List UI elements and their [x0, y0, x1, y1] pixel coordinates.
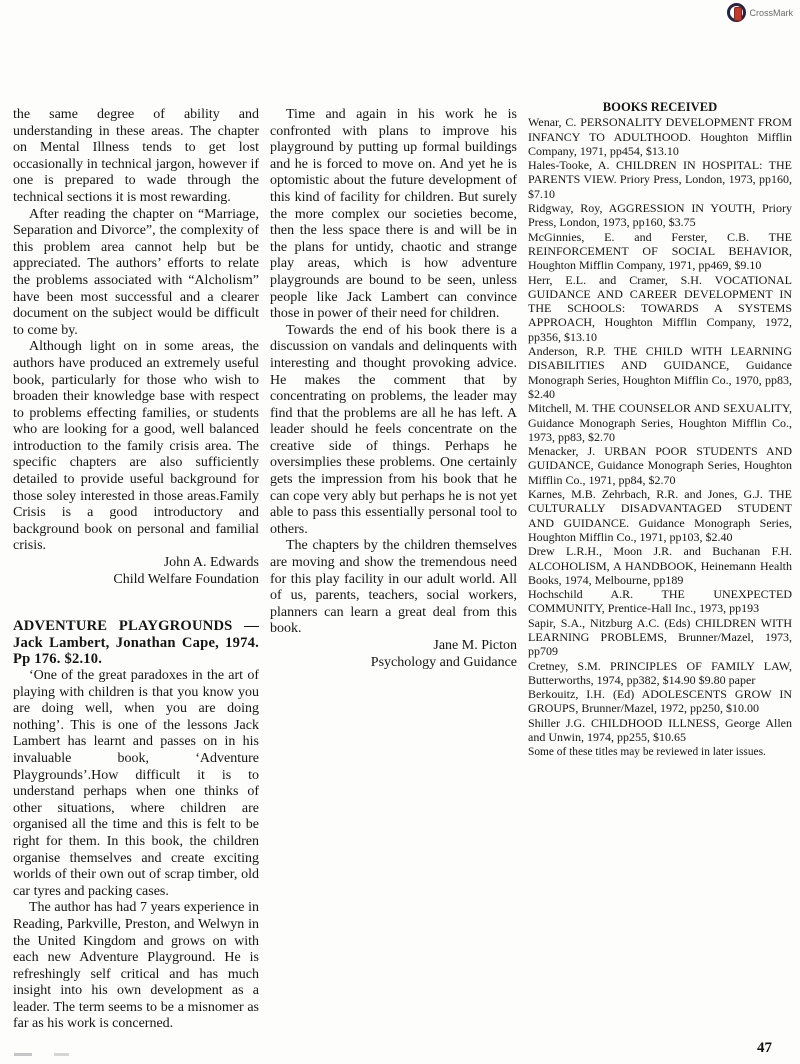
review-paragraph: The chapters by the children themselves …: [270, 538, 517, 638]
review-heading: ADVENTURE PLAYGROUNDS — Jack Lambert, Jo…: [13, 618, 259, 668]
journal-page: CrossMark the same degree of ability and…: [0, 0, 800, 1064]
review-paragraph: Although light on in some areas, the aut…: [13, 339, 259, 555]
books-received-title: BOOKS RECEIVED: [528, 100, 792, 114]
book-entry: Berkouitz, I.H. (Ed) ADOLESCENTS GROW IN…: [528, 687, 792, 716]
book-entry: Karnes, M.B. Zehrbach, R.R. and Jones, G…: [528, 487, 792, 544]
book-entry: Hales-Tooke, A. CHILDREN IN HOSPITAL: TH…: [528, 158, 792, 201]
review-paragraph: Towards the end of his book there is a d…: [270, 323, 517, 539]
book-entry: Hochschild A.R. THE UNEXPECTED COMMUNITY…: [528, 587, 792, 616]
crossmark-label: CrossMark: [749, 8, 793, 18]
scan-artifact: [14, 1053, 134, 1056]
books-received-note: Some of these titles may be reviewed in …: [528, 745, 792, 759]
book-entry: McGinnies, E. and Ferster, C.B. THE REIN…: [528, 230, 792, 273]
review-paragraph: Time and again in his work he is confron…: [270, 107, 517, 323]
column-middle-review-text: Time and again in his work he is confron…: [270, 107, 517, 671]
book-entry: Ridgway, Roy, AGGRESSION IN YOUTH, Prior…: [528, 201, 792, 230]
reviewer-name: John A. Edwards: [13, 555, 259, 572]
crossmark-flag-icon: [734, 7, 742, 21]
column-books-received: BOOKS RECEIVED Wenar, C. PERSONALITY DEV…: [528, 100, 792, 760]
column-left-review-text: the same degree of ability and understan…: [13, 107, 259, 1033]
book-entry: Cretney, S.M. PRINCIPLES OF FAMILY LAW, …: [528, 659, 792, 688]
reviewer-name: Jane M. Picton: [270, 638, 517, 655]
book-entry: Herr, E.L. and Cramer, S.H. VOCATIONAL G…: [528, 273, 792, 344]
book-entry: Drew L.R.H., Moon J.R. and Buchanan F.H.…: [528, 544, 792, 587]
review-paragraph: ‘One of the great paradoxes in the art o…: [13, 668, 259, 900]
book-entry: Shiller J.G. CHILDHOOD ILLNESS, George A…: [528, 716, 792, 745]
book-entry: Anderson, R.P. THE CHILD WITH LEARNING D…: [528, 344, 792, 401]
reviewer-affiliation: Psychology and Guidance: [270, 655, 517, 672]
book-entry: Menacker, J. URBAN POOR STUDENTS AND GUI…: [528, 444, 792, 487]
review-paragraph: The author has had 7 years experience in…: [13, 900, 259, 1033]
review-paragraph: After reading the chapter on “Marriage, …: [13, 207, 259, 340]
books-received-list: Wenar, C. PERSONALITY DEVELOPMENT FROM I…: [528, 115, 792, 759]
crossmark-badge[interactable]: CrossMark: [727, 3, 793, 22]
book-entry: Wenar, C. PERSONALITY DEVELOPMENT FROM I…: [528, 115, 792, 158]
book-entry: Mitchell, M. THE COUNSELOR AND SEXUALITY…: [528, 401, 792, 444]
reviewer-affiliation: Child Welfare Foundation: [13, 572, 259, 589]
crossmark-icon: [727, 3, 746, 22]
page-number: 47: [757, 1040, 772, 1057]
review-paragraph: the same degree of ability and understan…: [13, 107, 259, 207]
book-entry: Sapir, S.A., Nitzburg A.C. (Eds) CHILDRE…: [528, 616, 792, 659]
